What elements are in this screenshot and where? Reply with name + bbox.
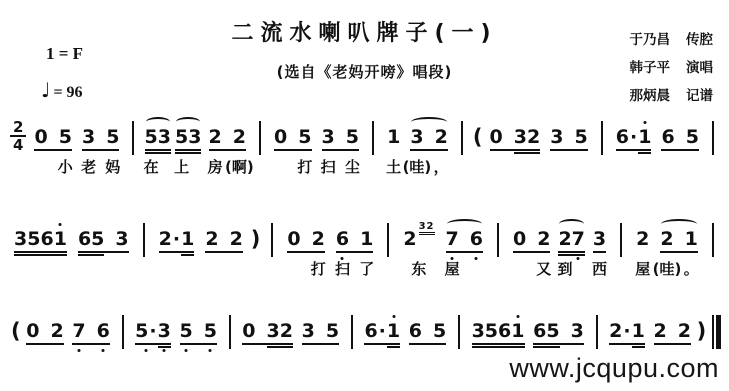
phrase-paren: ( [11,320,21,342]
note: 5 [91,228,104,250]
note: 0 [26,320,39,342]
note-digit: 2 [209,126,222,148]
barline [372,121,374,155]
note-digit: 6 [533,320,546,342]
note: 2房 [209,126,222,148]
note-digit: 2 [233,126,246,148]
phrase-paren: ( [473,126,483,148]
note: 5 [686,126,699,148]
beam-group: 02 [26,320,63,345]
beam-line-2 [175,152,201,154]
note-digit: 2 [230,228,243,250]
note: 3老 [82,126,95,148]
note: 2· [609,320,631,342]
note: 1 [54,228,67,250]
lyric: 房 [208,156,223,178]
beam-line-2 [14,254,67,256]
note-digit: 5 [180,320,193,342]
final-barline [712,315,721,349]
note: 2 [51,320,64,342]
note-group: 1土 [387,126,400,148]
beam-group: 2房2(啊) [209,126,246,151]
rhythm-dot: · [148,320,157,342]
note-digit: 3 [302,320,315,342]
note: 0 [287,228,300,250]
note: 6 [470,228,483,250]
beam-line-2 [181,254,194,256]
note: 5 [546,320,559,342]
note: 2 [205,228,218,250]
note: 0 [34,126,47,148]
note: 5上 [175,126,188,148]
note-digit: 3 [571,320,584,342]
note: 3 [188,126,201,148]
note-digit: 2 [678,320,691,342]
beam-group: 02又 [513,228,550,253]
beam-group: 05小 [34,126,71,151]
note: 1 [511,320,524,342]
note: 1 [181,228,194,250]
note-digit: 3 [82,126,95,148]
page-subtitle: (选自《老妈开嗙》唱段) [0,61,729,82]
note: 1了 [360,228,373,250]
octave-dot-low [102,349,105,352]
note: 5打 [298,126,311,148]
beam-group: 3西 [593,228,606,253]
note-digit: 3 [158,126,171,148]
note: 2 [230,228,243,250]
note-digit: 2 [205,228,218,250]
note: 5 [326,320,339,342]
barline [712,223,714,257]
note-digit: 2 [660,228,673,250]
lyric: 尘 [345,156,360,178]
note-digit: 5 [686,126,699,148]
sheet-music-page: { "header": { "title": "二流水喇叭牌子(一)", "su… [0,0,729,391]
note-digit: 0 [490,126,503,148]
octave-dot-low [577,257,580,260]
note-digit: 6 [336,228,349,250]
beam-group: 2·1 [159,228,195,253]
note-digit: 2 [558,228,571,250]
note: 3 [267,320,280,342]
note-digit: 3 [514,126,527,148]
note: 2 [678,320,691,342]
beam-group: 6扫1了 [336,228,373,253]
beam-line-2 [91,254,104,256]
lyric: (啊) [225,156,254,178]
barline [122,315,124,349]
note-digit: 3 [188,126,201,148]
beam-group: 3561 [472,320,525,345]
lyric: 又 [536,258,551,280]
note: 2又 [537,228,550,250]
rhythm-dot: · [378,320,387,342]
note: 0 [274,126,287,148]
note: 2(啊) [233,126,246,148]
note-digit: 3 [322,126,335,148]
note: 6 [533,320,546,342]
key-signature: 1 = F [46,44,83,64]
lyric: 扫 [335,258,350,280]
note: 5 [180,320,193,342]
note: 6扫 [336,228,349,250]
note-digit: 6 [661,126,674,148]
beam-group: 5·3 [135,320,171,345]
note: 5尘 [346,126,359,148]
note: 5 [433,320,446,342]
credit-role: 演唱 [686,56,713,76]
beam-group: 3扫5尘 [322,126,359,151]
rhythm-dot: · [629,126,638,148]
note-digit: 1 [632,320,645,342]
note-digit: 1 [54,228,67,250]
note-digit: 6 [40,228,53,250]
page-title: 二流水喇叭牌子(一) [0,16,729,47]
note-digit: 6 [78,228,91,250]
note-digit: 1 [638,126,651,148]
note-digit: 3 [410,126,423,148]
beam-group: 02打 [287,228,324,253]
barline [271,223,273,257]
note: 6 [40,228,53,250]
note-digit: 1 [360,228,373,250]
note-digit: 3 [550,126,563,148]
note: 6 [409,320,422,342]
barline [132,121,134,155]
note-digit: 5 [204,320,217,342]
phrase-paren: ) [251,228,261,250]
credit-role: 传腔 [686,28,713,48]
note: 5在 [145,126,158,148]
note: 5· [135,320,157,342]
beam-group: 653 [78,228,129,253]
beam-line-2 [158,346,171,348]
octave-dot-low [145,349,148,352]
lyric: 到 [558,258,573,280]
note-digit: 5 [346,126,359,148]
note: 2 [527,126,540,148]
note: 5小 [59,126,72,148]
note: 2(哇) [660,228,673,250]
score-line-3: (02765·355032356·16535616532·122) [10,320,721,349]
note-digit: 5 [574,126,587,148]
note-digit: 6 [498,320,511,342]
beam-line-2 [267,346,280,348]
note: 5 [27,228,40,250]
beam-group: 22 [205,228,242,253]
note-digit: 3 [593,228,606,250]
octave-dot-low [185,349,188,352]
note: 2， [435,126,448,148]
note: 5 [574,126,587,148]
note-digit: 1 [387,126,400,148]
note-digit: 3 [472,320,485,342]
rhythm-dot: · [172,228,181,250]
note-digit: 7 [572,228,585,250]
beam-group: 6·1 [364,320,400,345]
barline [351,315,353,349]
note-digit: 2 [280,320,293,342]
lyric: 屋 [445,258,460,280]
phrase-paren: ) [697,320,707,342]
beam-group: 6·1 [616,126,652,151]
note-digit: 3 [267,320,280,342]
barline [497,223,499,257]
note: 6· [616,126,638,148]
beam-line-2 [533,346,546,348]
note: 6 [661,126,674,148]
note-digit: 2 [537,228,550,250]
note: 3 [14,228,27,250]
note: 3 [472,320,485,342]
note: 0 [242,320,255,342]
note: 2到 [558,228,571,250]
lyric: 上 [174,156,189,178]
note-digit: 5 [91,228,104,250]
beam-group: 5在3 [145,126,171,151]
barline [259,121,261,155]
octave-dot-high [643,121,646,124]
note: 2 [654,320,667,342]
note: 7 [72,320,85,342]
note-digit: 2 [636,228,649,250]
note-digit: 7 [72,320,85,342]
beam-line-2 [472,346,525,348]
note-digit: 2 [609,320,622,342]
lyric: 土 [386,156,401,178]
note-digit: 1 [181,228,194,250]
note-digit: 0 [513,228,526,250]
note-digit: 5 [175,126,188,148]
note-digit: 5 [59,126,72,148]
beam-group: 35 [550,126,587,151]
beam-group: 2·1 [609,320,645,345]
barline [461,121,463,155]
final-barline-thick [716,315,721,349]
note-digit: 1 [511,320,524,342]
time-signature: 24 [10,120,26,152]
note: 1。 [685,228,698,250]
note-digit: 5 [326,320,339,342]
beam-line-2 [280,346,293,348]
beam-line-2 [78,254,91,256]
note: 3 [158,126,171,148]
note-digit: 3 [14,228,27,250]
lyric: ， [434,156,449,178]
beam-group: 55 [180,320,217,345]
note-digit: 6 [97,320,110,342]
octave-dot-high [516,315,519,318]
note: 5妈 [106,126,119,148]
note: 6· [364,320,386,342]
beam-group: 3老5妈 [82,126,119,151]
note: 3 [115,228,128,250]
beam-line-2 [145,152,171,154]
note-digit: 1 [685,228,698,250]
note: 1 [632,320,645,342]
score-line-2: 35616532·122)02打6扫1了232东7屋602又2到73西2屋2(哇… [10,228,721,257]
note: 2打 [312,228,325,250]
note: 0 [490,126,503,148]
note-digit: 5 [135,320,148,342]
note-digit: 7 [446,228,459,250]
beam-line-2 [558,254,584,256]
note-group: 2屋 [636,228,649,250]
note-digit: 3 [115,228,128,250]
lyric: 打 [297,156,312,178]
barline [458,315,460,349]
note-digit: 0 [34,126,47,148]
beam-group: 5上3 [175,126,201,151]
credit-name: 韩子平 [630,56,671,76]
note-digit: 2 [435,126,448,148]
barline [596,315,598,349]
note: 232东 [403,228,434,250]
tempo-marking: ♩= 96 [41,78,83,102]
beam-line-2 [632,346,645,348]
beam-line-2 [546,346,559,348]
lyric: 打 [311,258,326,280]
lyric: 妈 [105,156,120,178]
beam-group: 3561 [14,228,67,253]
note-digit: 3 [158,320,171,342]
note-digit: 5 [27,228,40,250]
note: 7屋 [446,228,459,250]
credit-name: 于乃昌 [630,28,671,48]
beam-group: 653 [533,320,584,345]
note-digit: 2 [312,228,325,250]
note: 5 [485,320,498,342]
note: 6 [498,320,511,342]
note-digit: 6 [470,228,483,250]
note: 2· [159,228,181,250]
note-digit: 5 [433,320,446,342]
lyric: (哇) [653,258,682,280]
note: 3扫 [322,126,335,148]
note-digit: 5 [485,320,498,342]
note-digit: 5 [546,320,559,342]
octave-dot-low [475,257,478,260]
beam-group: 2(哇)1。 [660,228,697,253]
lyric: 。 [684,258,699,280]
beam-group: 2到7 [558,228,584,253]
octave-dot-low [209,349,212,352]
time-beats: 2 [10,120,26,137]
note: 3西 [593,228,606,250]
barline [601,121,603,155]
note-digit: 6 [364,320,377,342]
octave-dot-low [163,349,166,352]
note-digit: 6 [409,320,422,342]
note-digit: 6 [616,126,629,148]
beam-line-2 [387,346,400,348]
note-digit: 2 [527,126,540,148]
lyric: 扫 [321,156,336,178]
rhythm-dot: · [622,320,631,342]
beam-group: 032 [242,320,293,345]
grace-notes: 32 [419,221,435,235]
note-digit: 2 [51,320,64,342]
note-digit: 5 [298,126,311,148]
note-digit: 2 [159,228,172,250]
note-digit: 2 [403,228,416,250]
note-digit: 0 [274,126,287,148]
note-digit: 1 [387,320,400,342]
note-digit: 5 [106,126,119,148]
barline [229,315,231,349]
barline [620,223,622,257]
note: 1 [387,320,400,342]
octave-dot-low [78,349,81,352]
barline [712,121,714,155]
barline [387,223,389,257]
note-digit: 2 [654,320,667,342]
beam-group: 3(哇)2， [410,126,447,151]
beam-group: 76 [72,320,109,345]
beam-group: 22 [654,320,691,345]
beam-group: 65 [409,320,446,345]
credits: 于乃昌 传腔 韩子平 演唱 那炳晨 记谱 [630,28,714,104]
note-group: 232东 [403,228,434,250]
credit-name: 那炳晨 [630,84,671,104]
note: 5 [204,320,217,342]
lyric: 屋 [635,258,650,280]
beam-group: 7屋6 [446,228,483,253]
beam-group: 032 [490,126,541,151]
note: 1土 [387,126,400,148]
note: 3 [158,320,171,342]
note: 3 [571,320,584,342]
lyric: 在 [144,156,159,178]
beam-group: 05打 [274,126,311,151]
note: 6 [97,320,110,342]
beam-line-2 [527,152,540,154]
credit-role: 记谱 [686,84,713,104]
lyric: 了 [359,258,374,280]
lyric: 西 [592,258,607,280]
note: 2 [280,320,293,342]
lyric: (哇) [403,156,432,178]
beam-line-2 [514,152,527,154]
note: 3 [550,126,563,148]
note: 3 [514,126,527,148]
watermark: www.jcqupu.com [509,353,719,384]
time-unit: 4 [13,137,23,152]
lyric: 老 [81,156,96,178]
note: 3(哇) [410,126,423,148]
octave-dot-high [59,223,62,226]
note: 6 [78,228,91,250]
barline [143,223,145,257]
note-digit: 0 [287,228,300,250]
lyric: 东 [411,258,426,280]
beam-group: 35 [302,320,339,345]
note-digit: 0 [26,320,39,342]
beam-group: 65 [661,126,698,151]
quarter-note-icon: ♩ [41,78,50,102]
score-line-1: 2405小3老5妈5在35上32房2(啊)05打3扫5尘1土3(哇)2，(032… [10,126,721,155]
note-digit: 0 [242,320,255,342]
note: 0 [513,228,526,250]
octave-dot-high [392,315,395,318]
lyric: 小 [58,156,73,178]
tempo-value: = 96 [53,84,82,101]
note: 2屋 [636,228,649,250]
note: 7 [572,228,585,250]
beam-line-2 [638,152,651,154]
final-barline-thin [712,315,714,349]
